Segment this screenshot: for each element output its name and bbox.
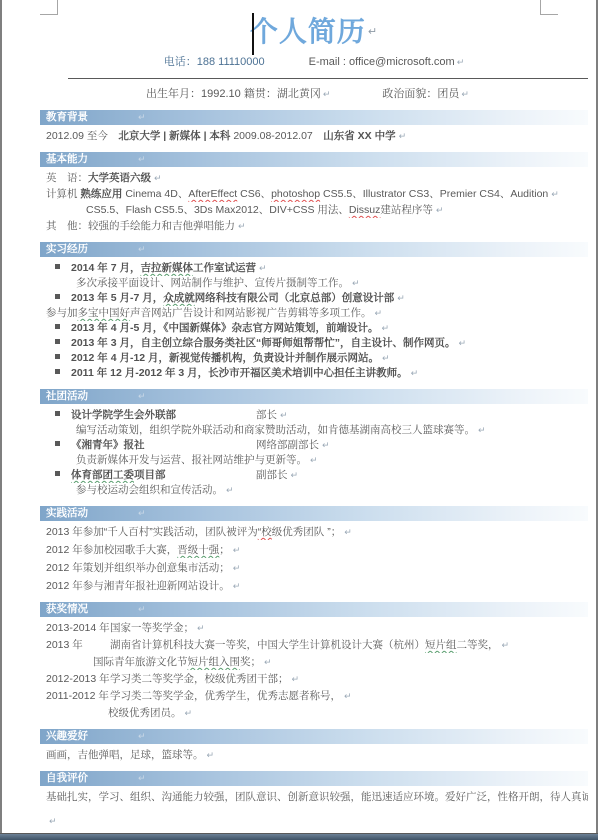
text-run: 部长: [256, 409, 277, 421]
text-run: 编写活动策划，组织学院外联活动和商家赞助活动，如肯德基湖南高校三人篮球赛等。: [76, 424, 475, 436]
resume-title: 个人简历↵: [40, 13, 588, 51]
email-value: E-mail : office@microsoft.com: [309, 55, 465, 70]
bullet-square-icon: [55, 264, 60, 269]
text-line: 2013-2014 年国家一等奖学金；: [40, 621, 588, 636]
text-run: 多次承接平面设计、网站制作与维护、宣传片摄制等工作。: [76, 277, 349, 289]
political-status: 政治面貌：团员: [382, 87, 469, 102]
text-run: 多宝中国好: [78, 307, 131, 319]
bullet-square-icon: [55, 471, 60, 476]
text-run: 2014 年 7 月，: [71, 262, 140, 274]
text-run: 项目部: [134, 469, 166, 481]
text-run: 2012.09 至今: [46, 130, 118, 142]
text-run: 晋级十强: [177, 544, 219, 556]
text-line: 英 语：大学英语六级: [40, 171, 588, 186]
text-run: 2013 年 4 月-5 月，《中国新媒体》杂志官方网站策划，前端设计。: [71, 322, 378, 334]
text-run: 2011-2012 年: [46, 690, 109, 702]
paragraph-mark-icon: ↵: [138, 604, 146, 614]
text-line: 国际青年旅游文化节短片组入围奖；: [40, 655, 588, 670]
text-run: 短片组: [425, 639, 457, 651]
text-run: 学习类二等奖学金，优秀学生，优秀志愿者称号，: [110, 690, 341, 702]
text-line: 2013 年 3 月，自主创立综合服务类社区“师哥师姐帮帮忙”，自主设计、制作网…: [40, 336, 588, 351]
section-education: 教育背景↵2012.09 至今 北京大学 | 新媒体 | 本科 2009.08-…: [40, 110, 588, 144]
section-title: 实习经历: [46, 243, 88, 255]
text-line: CS5.5、Flash CS5.5、3Ds Max2012、DIV+CSS 用法…: [40, 203, 588, 218]
text-run: CS5.5、Flash CS5.5、3Ds Max2012、DIV+CSS 用法…: [86, 204, 349, 216]
paragraph-mark-icon: ↵: [368, 26, 378, 38]
text-run: 学习类二等奖学金，校级优秀团干部；: [110, 673, 289, 685]
text-run: 2012 年参加校园歌手大赛，: [46, 544, 177, 556]
section-header-practice: 实践活动↵: [40, 506, 588, 521]
text-run: 2012 年 4 月-12 月，新视觉传播机构，负责设计并制作展示网站。: [71, 352, 379, 364]
text-line: 参与校运动会组织和宣传活动。: [40, 483, 588, 498]
text-run: CS5.5、Illustrator CS3、Premier CS4、Auditi…: [320, 188, 548, 200]
text-run: 校级优秀团员。: [108, 707, 182, 719]
text-run: 2013-2014 年: [46, 622, 110, 634]
line-first-column: 2013 年: [46, 638, 110, 653]
text-line: 其 他：较强的手绘能力和吉他弹唱能力: [40, 219, 588, 234]
bullet-square-icon: [55, 411, 60, 416]
text-line: 设计学院学生会外联部部长: [40, 408, 588, 423]
section-practice: 实践活动↵2013 年参加“千人百村”实践活动，团队被评为“校级优秀团队 ”；2…: [40, 506, 588, 594]
text-run: 画画，吉他弹唱，足球，篮球等。: [46, 749, 204, 761]
info-row: 出生年月：1992.10 籍贯：湖北黄冈 政治面貌：团员: [40, 87, 588, 102]
text-run: 工作室试运营: [193, 262, 256, 274]
text-line: 编写活动策划，组织学院外联活动和商家赞助活动，如肯德基湖南高校三人篮球赛等。: [40, 423, 588, 438]
text-line: 2013 年湖南省计算机科技大赛一等奖，中国大学生计算机设计大赛（杭州）短片组二…: [40, 638, 588, 653]
section-header-self: 自我评价↵: [40, 771, 588, 786]
text-run: 北京大学 | 新媒体 | 本科: [118, 130, 233, 142]
text-line: 2014 年 7 月，吉拉新媒体工作室试运营: [40, 261, 588, 276]
text-run: photoshop: [271, 188, 320, 200]
text-run: AfterEffect: [188, 188, 237, 200]
text-run: 2013 年 5 月-7 月，: [71, 292, 163, 304]
line-first-column: 《湘青年》报社: [71, 438, 256, 453]
text-line: 多次承接平面设计、网站制作与维护、宣传片摄制等工作。: [40, 276, 588, 291]
text-line: 2012 年策划并组织举办创意集市活动；: [40, 561, 588, 576]
bullet-square-icon: [55, 369, 60, 374]
document-page[interactable]: 个人简历↵ 电话：188 11110000 E-mail : office@mi…: [0, 0, 598, 840]
text-line: 负责新媒体开发与运营、报社网站维护与更新等。: [40, 453, 588, 468]
text-line: 参与加多宝中国好声音网站广告设计和网站影视广告剪辑等多项工作。: [40, 306, 588, 321]
text-line: 基础扎实，学习、组织、沟通能力较强，团队意识、创新意识较强，能迅速适应环境。爱好…: [40, 790, 588, 805]
paragraph-mark-icon: ↵: [138, 508, 146, 518]
page-left-border: [0, 0, 2, 834]
section-header-internship: 实习经历↵: [40, 242, 588, 257]
text-run: 2011 年 12 月-2012 年 3 月，长沙市开福区美术培训中心担任主讲教…: [71, 367, 408, 379]
section-title: 实践活动: [46, 507, 88, 519]
text-run: 声音网站广告设计和网站影视广告剪辑等多项工作。: [130, 307, 372, 319]
text-run: 湖南省计算机科技大赛一等奖，中国大学生计算机设计大赛（杭州）: [110, 639, 425, 651]
section-title: 自我评价: [46, 772, 88, 784]
text-run: “校: [258, 526, 272, 538]
text-run: 短片组入围: [188, 656, 241, 668]
phone-value: 电话：188 11110000: [164, 55, 265, 70]
section-header-skills: 基本能力↵: [40, 152, 588, 167]
text-run: 《湘青年》报社: [71, 439, 145, 451]
bullet-square-icon: [55, 324, 60, 329]
text-line: 2013 年 5 月-7 月，众成就网络科技有限公司（北京总部）创意设计部: [40, 291, 588, 306]
text-line: 2012 年参加校园歌手大赛，晋级十强；: [40, 543, 588, 558]
section-awards: 获奖情况↵2013-2014 年国家一等奖学金；2013 年湖南省计算机科技大赛…: [40, 602, 588, 721]
text-run: 副部长: [256, 469, 288, 481]
paragraph-mark-icon: ↵: [138, 731, 146, 741]
text-run: 2013 年: [46, 639, 83, 651]
line-first-column: 2012-2013 年: [46, 672, 110, 687]
section-title: 获奖情况: [46, 603, 88, 615]
text-run: CS6、: [237, 188, 271, 200]
text-run: 奖；: [240, 656, 261, 668]
paragraph-mark-icon: ↵: [138, 112, 146, 122]
text-run: 众成就: [163, 292, 195, 304]
bullet-square-icon: [55, 339, 60, 344]
text-run: 2013 年参加“千人百村”实践活动，团队被评为: [46, 526, 258, 538]
text-line: 2011 年 12 月-2012 年 3 月，长沙市开福区美术培训中心担任主讲教…: [40, 366, 588, 381]
text-line: 2012 年参与湘青年报社迎新网站设计。: [40, 579, 588, 594]
section-header-clubs: 社团活动↵: [40, 389, 588, 404]
sections: 教育背景↵2012.09 至今 北京大学 | 新媒体 | 本科 2009.08-…: [40, 110, 588, 829]
section-self: 自我评价↵基础扎实，学习、组织、沟通能力较强，团队意识、创新意识较强，能迅速适应…: [40, 771, 588, 829]
text-line: 《湘青年》报社网络部副部长: [40, 438, 588, 453]
paragraph-mark-icon: ↵: [138, 154, 146, 164]
text-run: 2013 年 3 月，自主创立综合服务类社区“师哥师姐帮帮忙”，自主设计、制作网…: [71, 337, 455, 349]
section-header-interests: 兴趣爱好↵: [40, 729, 588, 744]
text-run: 体育部团工委: [71, 469, 134, 481]
text-line: 校级优秀团员。: [40, 706, 588, 721]
text-run: 国际青年旅游文化节: [93, 656, 188, 668]
page-content: 个人简历↵ 电话：188 11110000 E-mail : office@mi…: [40, 0, 588, 838]
text-line: 体育部团工委项目部副部长: [40, 468, 588, 483]
text-run: ；: [219, 544, 230, 556]
section-interests: 兴趣爱好↵画画，吉他弹唱，足球，篮球等。: [40, 729, 588, 763]
text-run: 设计学院学生会外联部: [71, 409, 176, 421]
section-clubs: 社团活动↵设计学院学生会外联部部长编写活动策划，组织学院外联活动和商家赞助活动，…: [40, 389, 588, 498]
section-header-awards: 获奖情况↵: [40, 602, 588, 617]
text-run: 级优秀团队 ”；: [272, 526, 341, 538]
text-run: 负责新媒体开发与运营、报社网站维护与更新等。: [76, 454, 307, 466]
text-line: [40, 814, 588, 829]
text-run: 其 他：较强的手绘能力和吉他弹唱能力: [46, 220, 235, 232]
text-run: 建站程序等: [380, 204, 433, 216]
text-run: 网络科技有限公司（北京总部）创意设计部: [195, 292, 395, 304]
line-first-column: 设计学院学生会外联部: [71, 408, 256, 423]
text-run: 计算机: [46, 188, 80, 200]
birth-info: 出生年月：1992.10 籍贯：湖北黄冈: [146, 87, 330, 102]
text-run: 2012 年参与湘青年报社迎新网站设计。: [46, 580, 230, 592]
text-run: Dissuz: [349, 204, 381, 216]
section-skills: 基本能力↵英 语：大学英语六级计算机 熟练应用 Cinema 4D、AfterE…: [40, 152, 588, 234]
section-internship: 实习经历↵2014 年 7 月，吉拉新媒体工作室试运营多次承接平面设计、网站制作…: [40, 242, 588, 381]
paragraph-mark-icon: ↵: [138, 773, 146, 783]
text-run: 大学英语六级: [88, 172, 151, 184]
text-line: 计算机 熟练应用 Cinema 4D、AfterEffect CS6、photo…: [40, 187, 588, 202]
line-first-column: 2011-2012 年: [46, 689, 110, 704]
line-first-column: 体育部团工委项目部: [71, 468, 256, 483]
text-run: 2012 年策划并组织举办创意集市活动；: [46, 562, 230, 574]
text-run: 国家一等奖学金；: [110, 622, 194, 634]
text-run: 熟练应用: [80, 188, 122, 200]
section-header-education: 教育背景↵: [40, 110, 588, 125]
text-line: 2012.09 至今 北京大学 | 新媒体 | 本科 2009.08-2012.…: [40, 129, 588, 144]
text-run: 参与校运动会组织和宣传活动。: [76, 484, 223, 496]
workspace-background: [0, 834, 598, 840]
contact-row: 电话：188 11110000 E-mail : office@microsof…: [40, 55, 588, 70]
divider-line: [68, 78, 588, 79]
text-run: 2009.08-2012.07: [233, 130, 323, 142]
text-run: 2012-2013 年: [46, 673, 110, 685]
paragraph-mark-icon: ↵: [138, 244, 146, 254]
section-title: 兴趣爱好: [46, 730, 88, 742]
text-run: Cinema 4D、: [122, 188, 188, 200]
text-line: 2013 年参加“千人百村”实践活动，团队被评为“校级优秀团队 ”；: [40, 525, 588, 540]
text-run: 吉拉新媒体: [140, 262, 193, 274]
text-run: 网络部副部长: [256, 439, 319, 451]
resume-title-text: 个人简历: [250, 16, 366, 47]
text-line: 2012 年 4 月-12 月，新视觉传播机构，负责设计并制作展示网站。: [40, 351, 588, 366]
bullet-square-icon: [55, 294, 60, 299]
paragraph-mark-icon: ↵: [138, 391, 146, 401]
text-line: 画画，吉他弹唱，足球，篮球等。: [40, 748, 588, 763]
text-line: 2011-2012 年学习类二等奖学金，优秀学生，优秀志愿者称号，: [40, 689, 588, 704]
text-line: 2013 年 4 月-5 月，《中国新媒体》杂志官方网站策划，前端设计。: [40, 321, 588, 336]
line-first-column: 2013-2014 年: [46, 621, 110, 636]
text-cursor: [252, 13, 254, 55]
bullet-square-icon: [55, 354, 60, 359]
text-run: 山东省 XX 中学: [323, 130, 395, 142]
section-title: 教育背景: [46, 111, 88, 123]
section-title: 基本能力: [46, 153, 88, 165]
section-title: 社团活动: [46, 390, 88, 402]
text-run: 二等奖，: [457, 639, 499, 651]
text-run: 英 语：: [46, 172, 88, 184]
text-line: 2012-2013 年学习类二等奖学金，校级优秀团干部；: [40, 672, 588, 687]
bullet-square-icon: [55, 441, 60, 446]
text-run: 参与加: [46, 307, 78, 319]
text-run: 基础扎实，学习、组织、沟通能力较强，团队意识、创新意识较强，能迅速适应环境。爱好…: [46, 791, 588, 803]
